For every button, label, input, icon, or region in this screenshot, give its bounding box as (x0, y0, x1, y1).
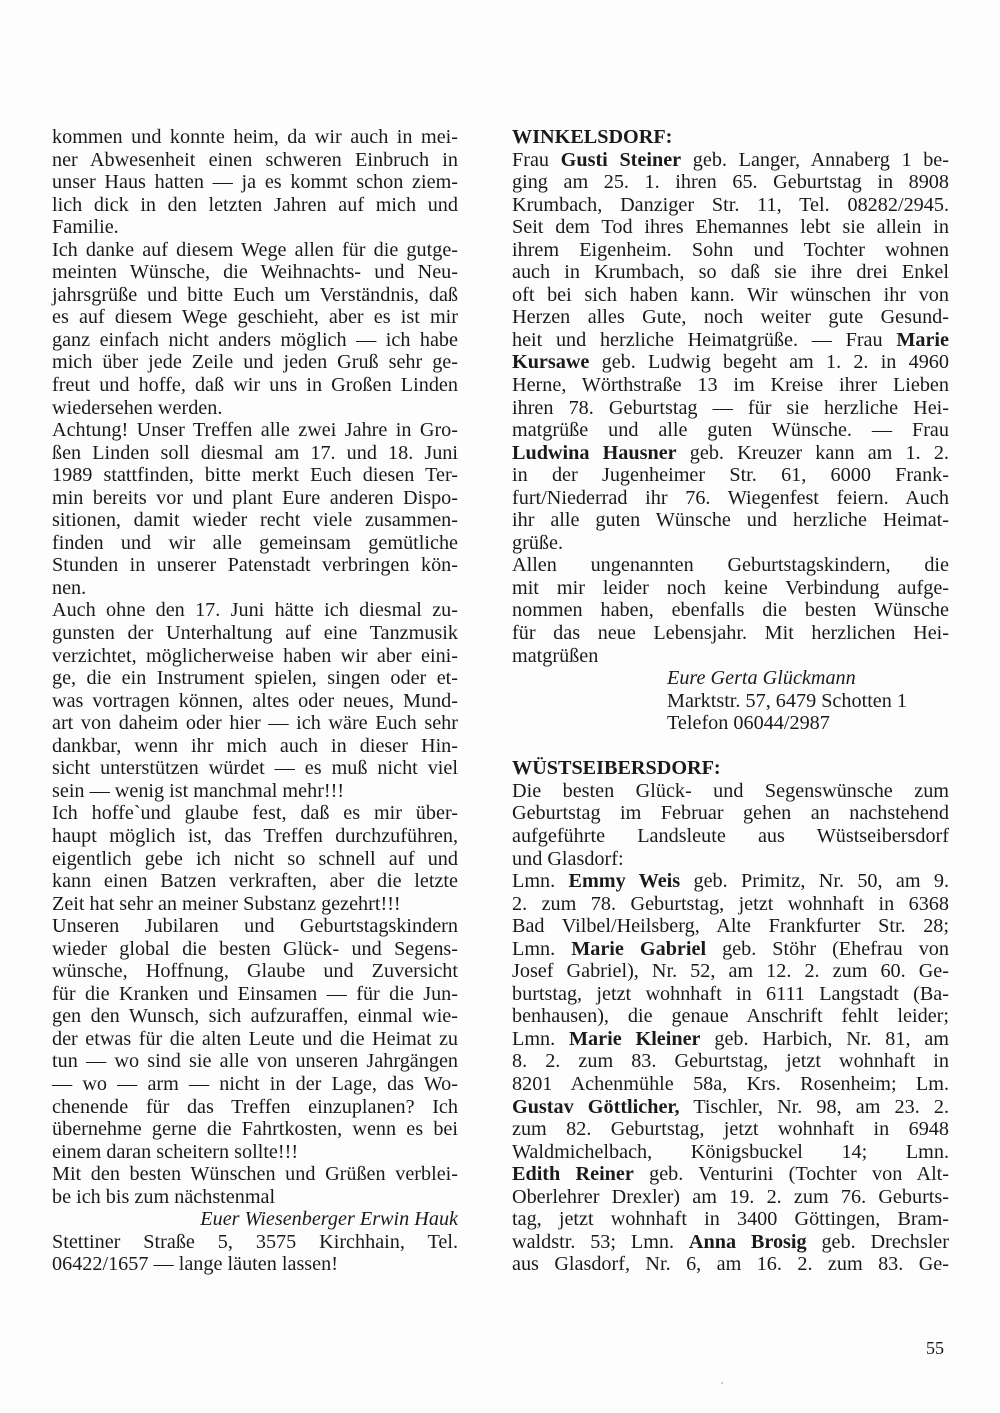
text-line: meinten Wünsche, die Weihnachts- und Neu… (52, 261, 458, 284)
text-fragment: geb. Ludwig begeht am 1. 2. in 4960 (589, 351, 949, 373)
document-page: kommen und konnte heim, da wir auch in m… (0, 0, 1000, 1413)
text-line: ßen Linden soll diesmal am 17. und 18. J… (52, 442, 458, 465)
text-line: Kursawe geb. Ludwig begeht am 1. 2. in 4… (512, 351, 949, 374)
text-line: der etwas für die alten Leute und die He… (52, 1028, 458, 1051)
text-line: haupt möglich ist, das Treffen durchzufü… (52, 825, 458, 848)
text-line: aufgeführte Landsleute aus Wüstseibersdo… (512, 825, 949, 848)
text-line: sitionen, damit wieder recht viele zusam… (52, 509, 458, 532)
text-line: chenende für das Treffen einzuplanen? Ic… (52, 1096, 458, 1119)
text-line: Krumbach, Danziger Str. 11, Tel. 08282/2… (512, 194, 949, 217)
text-line: sein — wenig ist manchmal mehr!!! (52, 780, 458, 803)
text-line: waldstr. 53; Lmn. Anna Brosig geb. Drech… (512, 1231, 949, 1254)
text-line: min bereits vor und plant Eure anderen D… (52, 487, 458, 510)
text-line: 1989 stattfinden, bitte merkt Euch diese… (52, 464, 458, 487)
text-line: es auf diesem Wege geschieht, aber es is… (52, 306, 458, 329)
text-line: Auch ohne den 17. Juni hätte ich diesmal… (52, 599, 458, 622)
text-line: Gustav Göttlicher, Tischler, Nr. 98, am … (512, 1096, 949, 1119)
text-line: Achtung! Unser Treffen alle zwei Jahre i… (52, 419, 458, 442)
text-line: Mit den besten Wünschen und Grüßen verbl… (52, 1163, 458, 1186)
scan-speck (721, 1382, 723, 1384)
text-fragment: heit und herzliche Heimatgrüße. — Frau (512, 329, 896, 351)
address-line: 06422/1657 — lange läuten lassen! (52, 1253, 458, 1276)
text-line: zum 82. Geburtstag, jetzt wohnhaft in 69… (512, 1118, 949, 1141)
text-line: ge, die ein Instrument spielen, singen o… (52, 667, 458, 690)
text-line: ner Abwesenheit einen schweren Einbruch … (52, 149, 458, 172)
text-line: Unseren Jubilaren und Geburtstagskindern (52, 915, 458, 938)
text-fragment: geb. Kreuzer kann am 1. 2. (677, 442, 949, 464)
text-line: für die Kranken und Einsamen — für die J… (52, 983, 458, 1006)
text-line: Herzen alles Gute, noch weiter gute Gesu… (512, 306, 949, 329)
text-line: wiedersehen werden. (52, 397, 458, 420)
address-line: Stettiner Straße 5, 3575 Kirchhain, Tel. (52, 1231, 458, 1254)
text-line: was vortragen können, altes oder neues, … (52, 690, 458, 713)
text-line: lich dick in den letzten Jahren auf mich… (52, 194, 458, 217)
text-line: matgrüße und alle guten Wünsche. — Frau (512, 419, 949, 442)
text-fragment: geb. Primitz, Nr. 50, am 9. (680, 870, 949, 892)
signature-gerta-glueckmann: Eure Gerta Glückmann (512, 667, 949, 690)
section-spacer (512, 735, 949, 758)
text-line: gen den Wunsch, sich aufzuraffen, einmal… (52, 1005, 458, 1028)
text-fragment: Lmn. (512, 938, 571, 960)
signature-erwin-hauk: Euer Wiesenberger Erwin Hauk (52, 1208, 458, 1231)
text-line: ging am 25. 1. ihren 65. Geburtstag in 8… (512, 171, 949, 194)
text-fragment: geb. Harbich, Nr. 81, am (701, 1028, 949, 1050)
text-line: ihren 78. Geburtstag — für sie herzliche… (512, 397, 949, 420)
text-line: Ich danke auf diesem Wege allen für die … (52, 239, 458, 262)
text-line: ihr alle guten Wünsche und herzliche Hei… (512, 509, 949, 532)
text-line: Frau Gusti Steiner geb. Langer, Annaberg… (512, 149, 949, 172)
person-name: Edith Reiner (512, 1163, 634, 1185)
text-line: freut und hoffe, daß wir uns in Großen L… (52, 374, 458, 397)
person-name: Ludwina Hausner (512, 442, 677, 464)
text-line: Bad Vilbel/Heilsberg, Alte Frankfurter S… (512, 915, 949, 938)
signature-phone: Telefon 06044/2987 (512, 712, 949, 735)
text-line: ihrem Eigenheim. Sohn und Tochter wohnen (512, 239, 949, 262)
person-name: Marie Gabriel (571, 938, 706, 960)
person-name: Marie Kleiner (569, 1028, 701, 1050)
text-line: übernehme gerne die Fahrtkosten, wenn es… (52, 1118, 458, 1141)
text-line: Waldmichelbach, Königsbuckel 14; Lmn. (512, 1141, 949, 1164)
text-line: Familie. (52, 216, 458, 239)
text-line: einem daran scheitern sollte!!! (52, 1141, 458, 1164)
text-line: auch in Krumbach, so daß sie ihre drei E… (512, 261, 949, 284)
text-line: finden und wir alle gemeinsam gemütliche (52, 532, 458, 555)
text-line: eigentlich gebe ich nicht so schnell auf… (52, 848, 458, 871)
person-name: Marie (896, 329, 949, 351)
right-column: WINKELSDORF: Frau Gusti Steiner geb. Lan… (512, 126, 949, 1276)
text-line: Lmn. Marie Gabriel geb. Stöhr (Ehefrau v… (512, 938, 949, 961)
text-line: 8. 2. zum 83. Geburtstag, jetzt wohnhaft… (512, 1050, 949, 1073)
text-line: jahrsgrüße und bitte Euch um Verständnis… (52, 284, 458, 307)
text-line: ganz einfach nicht anders möglich — ich … (52, 329, 458, 352)
text-line: Zeit hat sehr an meiner Substanz gezehrt… (52, 893, 458, 916)
text-line: nommen haben, ebenfalls die besten Wünsc… (512, 599, 949, 622)
text-line: tun — wo sind sie alle von unseren Jahrg… (52, 1050, 458, 1073)
person-name: Kursawe (512, 351, 589, 373)
text-line: 2. zum 78. Geburtstag, jetzt wohnhaft in… (512, 893, 949, 916)
text-line: unser Haus hatten — ja es kommt schon zi… (52, 171, 458, 194)
text-fragment: Tischler, Nr. 98, am 23. 2. (680, 1096, 949, 1118)
text-fragment: Lmn. (512, 870, 569, 892)
text-line: Lmn. Marie Kleiner geb. Harbich, Nr. 81,… (512, 1028, 949, 1051)
text-fragment: geb. Stöhr (Ehefrau von (706, 938, 949, 960)
text-line: Seit dem Tod ihres Ehemannes lebt sie al… (512, 216, 949, 239)
text-line: kommen und konnte heim, da wir auch in m… (52, 126, 458, 149)
left-column: kommen und konnte heim, da wir auch in m… (52, 126, 458, 1276)
text-line: Lmn. Emmy Weis geb. Primitz, Nr. 50, am … (512, 870, 949, 893)
text-fragment: geb. Langer, Annaberg 1 be- (681, 149, 949, 171)
person-name: Gustav Göttlicher, (512, 1096, 680, 1118)
text-line: 8201 Achenmühle 58a, Krs. Rosenheim; Lm. (512, 1073, 949, 1096)
text-line: gunsten der Unterhaltung auf eine Tanzmu… (52, 622, 458, 645)
person-name: Emmy Weis (569, 870, 681, 892)
text-line: und Glasdorf: (512, 848, 949, 871)
text-line: kann einen Batzen verkraften, aber die l… (52, 870, 458, 893)
text-line: mich über jede Zeile und jeden Gruß sehr… (52, 351, 458, 374)
text-line: Ich hoffe`und glaube fest, daß es mir üb… (52, 802, 458, 825)
signature-address: Marktstr. 57, 6479 Schotten 1 (512, 690, 949, 713)
text-line: dankbar, wenn ihr mich auch in dieser Hi… (52, 735, 458, 758)
text-line: nen. (52, 577, 458, 600)
page-number: 55 (926, 1338, 944, 1359)
text-line: Oberlehrer Drexler) am 19. 2. zum 76. Ge… (512, 1186, 949, 1209)
text-fragment: Frau (512, 149, 561, 171)
text-line: wieder global die besten Glück- und Sege… (52, 938, 458, 961)
section-heading-winkelsdorf: WINKELSDORF: (512, 126, 949, 149)
text-line: grüße. (512, 532, 949, 555)
text-line: benhausen), die genaue Anschrift fehlt l… (512, 1005, 949, 1028)
text-line: furt/Niederrad ihr 76. Wiegenfest feiern… (512, 487, 949, 510)
text-fragment: waldstr. 53; Lmn. (512, 1231, 689, 1253)
text-line: tag, jetzt wohnhaft in 3400 Göttingen, B… (512, 1208, 949, 1231)
text-line: sicht unterstützen würdet — es muß nicht… (52, 757, 458, 780)
text-line: Geburtstag im Februar gehen an nachstehe… (512, 802, 949, 825)
text-line: mit mir leider noch keine Verbindung auf… (512, 577, 949, 600)
person-name: Gusti Steiner (561, 149, 681, 171)
text-line: Edith Reiner geb. Venturini (Tochter von… (512, 1163, 949, 1186)
text-line: in der Jugenheimer Str. 61, 6000 Frank- (512, 464, 949, 487)
text-line: — wo — arm — nicht in der Lage, das Wo- (52, 1073, 458, 1096)
text-line: wünsche, Hoffnung, Glaube und Zuversicht (52, 960, 458, 983)
text-line: aus Glasdorf, Nr. 6, am 16. 2. zum 83. G… (512, 1253, 949, 1276)
text-line: oft bei sich haben kann. Wir wünschen ih… (512, 284, 949, 307)
text-line: Herne, Wörthstraße 13 im Kreise ihrer Li… (512, 374, 949, 397)
section-heading-wuestseibersdorf: WÜSTSEIBERSDORF: (512, 757, 949, 780)
text-line: matgrüßen (512, 645, 949, 668)
text-line: verzichtet, möglicherweise haben wir abe… (52, 645, 458, 668)
text-line: burtstag, jetzt wohnhaft in 6111 Langsta… (512, 983, 949, 1006)
text-line: Allen ungenannten Geburtstagskindern, di… (512, 554, 949, 577)
text-line: art von daheim oder hier — ich wäre Euch… (52, 712, 458, 735)
text-line: Die besten Glück- und Segenswünsche zum (512, 780, 949, 803)
text-line: Josef Gabriel), Nr. 52, am 12. 2. zum 60… (512, 960, 949, 983)
text-line: Ludwina Hausner geb. Kreuzer kann am 1. … (512, 442, 949, 465)
text-fragment: geb. Drechsler (807, 1231, 949, 1253)
text-fragment: Lmn. (512, 1028, 569, 1050)
text-line: für das neue Lebensjahr. Mit herzlichen … (512, 622, 949, 645)
text-fragment: geb. Venturini (Tochter von Alt- (634, 1163, 949, 1185)
text-line: Stunden in unserer Patenstadt verbringen… (52, 554, 458, 577)
text-line: heit und herzliche Heimatgrüße. — Frau M… (512, 329, 949, 352)
text-line: be ich bis zum nächstenmal (52, 1186, 458, 1209)
person-name: Anna Brosig (689, 1231, 807, 1253)
